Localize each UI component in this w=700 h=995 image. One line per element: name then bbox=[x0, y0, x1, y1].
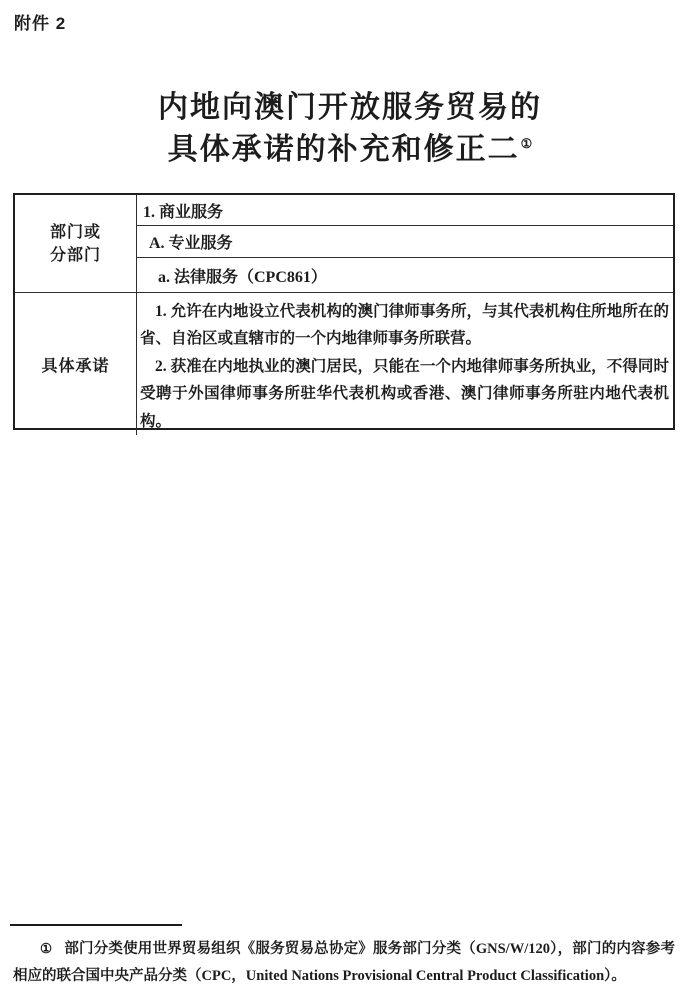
attachment-label: 附件 2 bbox=[14, 9, 66, 34]
commitment-content-cell: 1. 允许在内地设立代表机构的澳门律师事务所，与其代表机构住所地所在的省、自治区… bbox=[137, 293, 673, 435]
title-line-1: 内地向澳门开放服务贸易的 bbox=[0, 87, 700, 129]
sector-row-label: a. 法律服务（CPC861） bbox=[158, 264, 327, 287]
sector-row-label: A. 专业服务 bbox=[149, 230, 233, 253]
document-title: 内地向澳门开放服务贸易的 具体承诺的补充和修正二① bbox=[0, 87, 700, 171]
title-line-2: 具体承诺的补充和修正二① bbox=[0, 129, 700, 171]
commitment-header-cell: 具体承诺 bbox=[15, 293, 137, 435]
sector-row-label: 1. 商业服务 bbox=[143, 199, 223, 222]
footnote-text: 部门分类使用世界贸易组织《服务贸易总协定》服务部门分类（GNS/W/120），部… bbox=[13, 941, 675, 984]
footnote-marker: ① bbox=[40, 941, 52, 956]
footnote: ①部门分类使用世界贸易组织《服务贸易总协定》服务部门分类（GNS/W/120），… bbox=[13, 936, 675, 989]
sector-header-line-1: 部门或 bbox=[50, 221, 101, 244]
sector-header-cell: 部门或 分部门 bbox=[15, 195, 137, 293]
commitments-table: 部门或 分部门 1. 商业服务 A. 专业服务 a. 法律服务（CPC861） … bbox=[13, 193, 675, 430]
document-page: 附件 2 内地向澳门开放服务贸易的 具体承诺的补充和修正二① 部门或 分部门 1… bbox=[0, 0, 700, 995]
commitment-paragraph-1: 1. 允许在内地设立代表机构的澳门律师事务所，与其代表机构住所地所在的省、自治区… bbox=[140, 298, 669, 353]
commitment-header-label: 具体承诺 bbox=[41, 353, 109, 376]
sector-header-line-2: 分部门 bbox=[50, 244, 101, 267]
footnote-divider bbox=[10, 924, 182, 926]
sector-row-professional-services: A. 专业服务 bbox=[137, 226, 673, 258]
sector-row-legal-services: a. 法律服务（CPC861） bbox=[137, 258, 673, 293]
footnote-reference-mark: ① bbox=[521, 136, 533, 151]
sector-row-business-services: 1. 商业服务 bbox=[137, 195, 673, 226]
commitment-paragraph-2: 2. 获准在内地执业的澳门居民，只能在一个内地律师事务所执业，不得同时受聘于外国… bbox=[140, 353, 669, 435]
title-line-2-text: 具体承诺的补充和修正二 bbox=[168, 133, 520, 166]
